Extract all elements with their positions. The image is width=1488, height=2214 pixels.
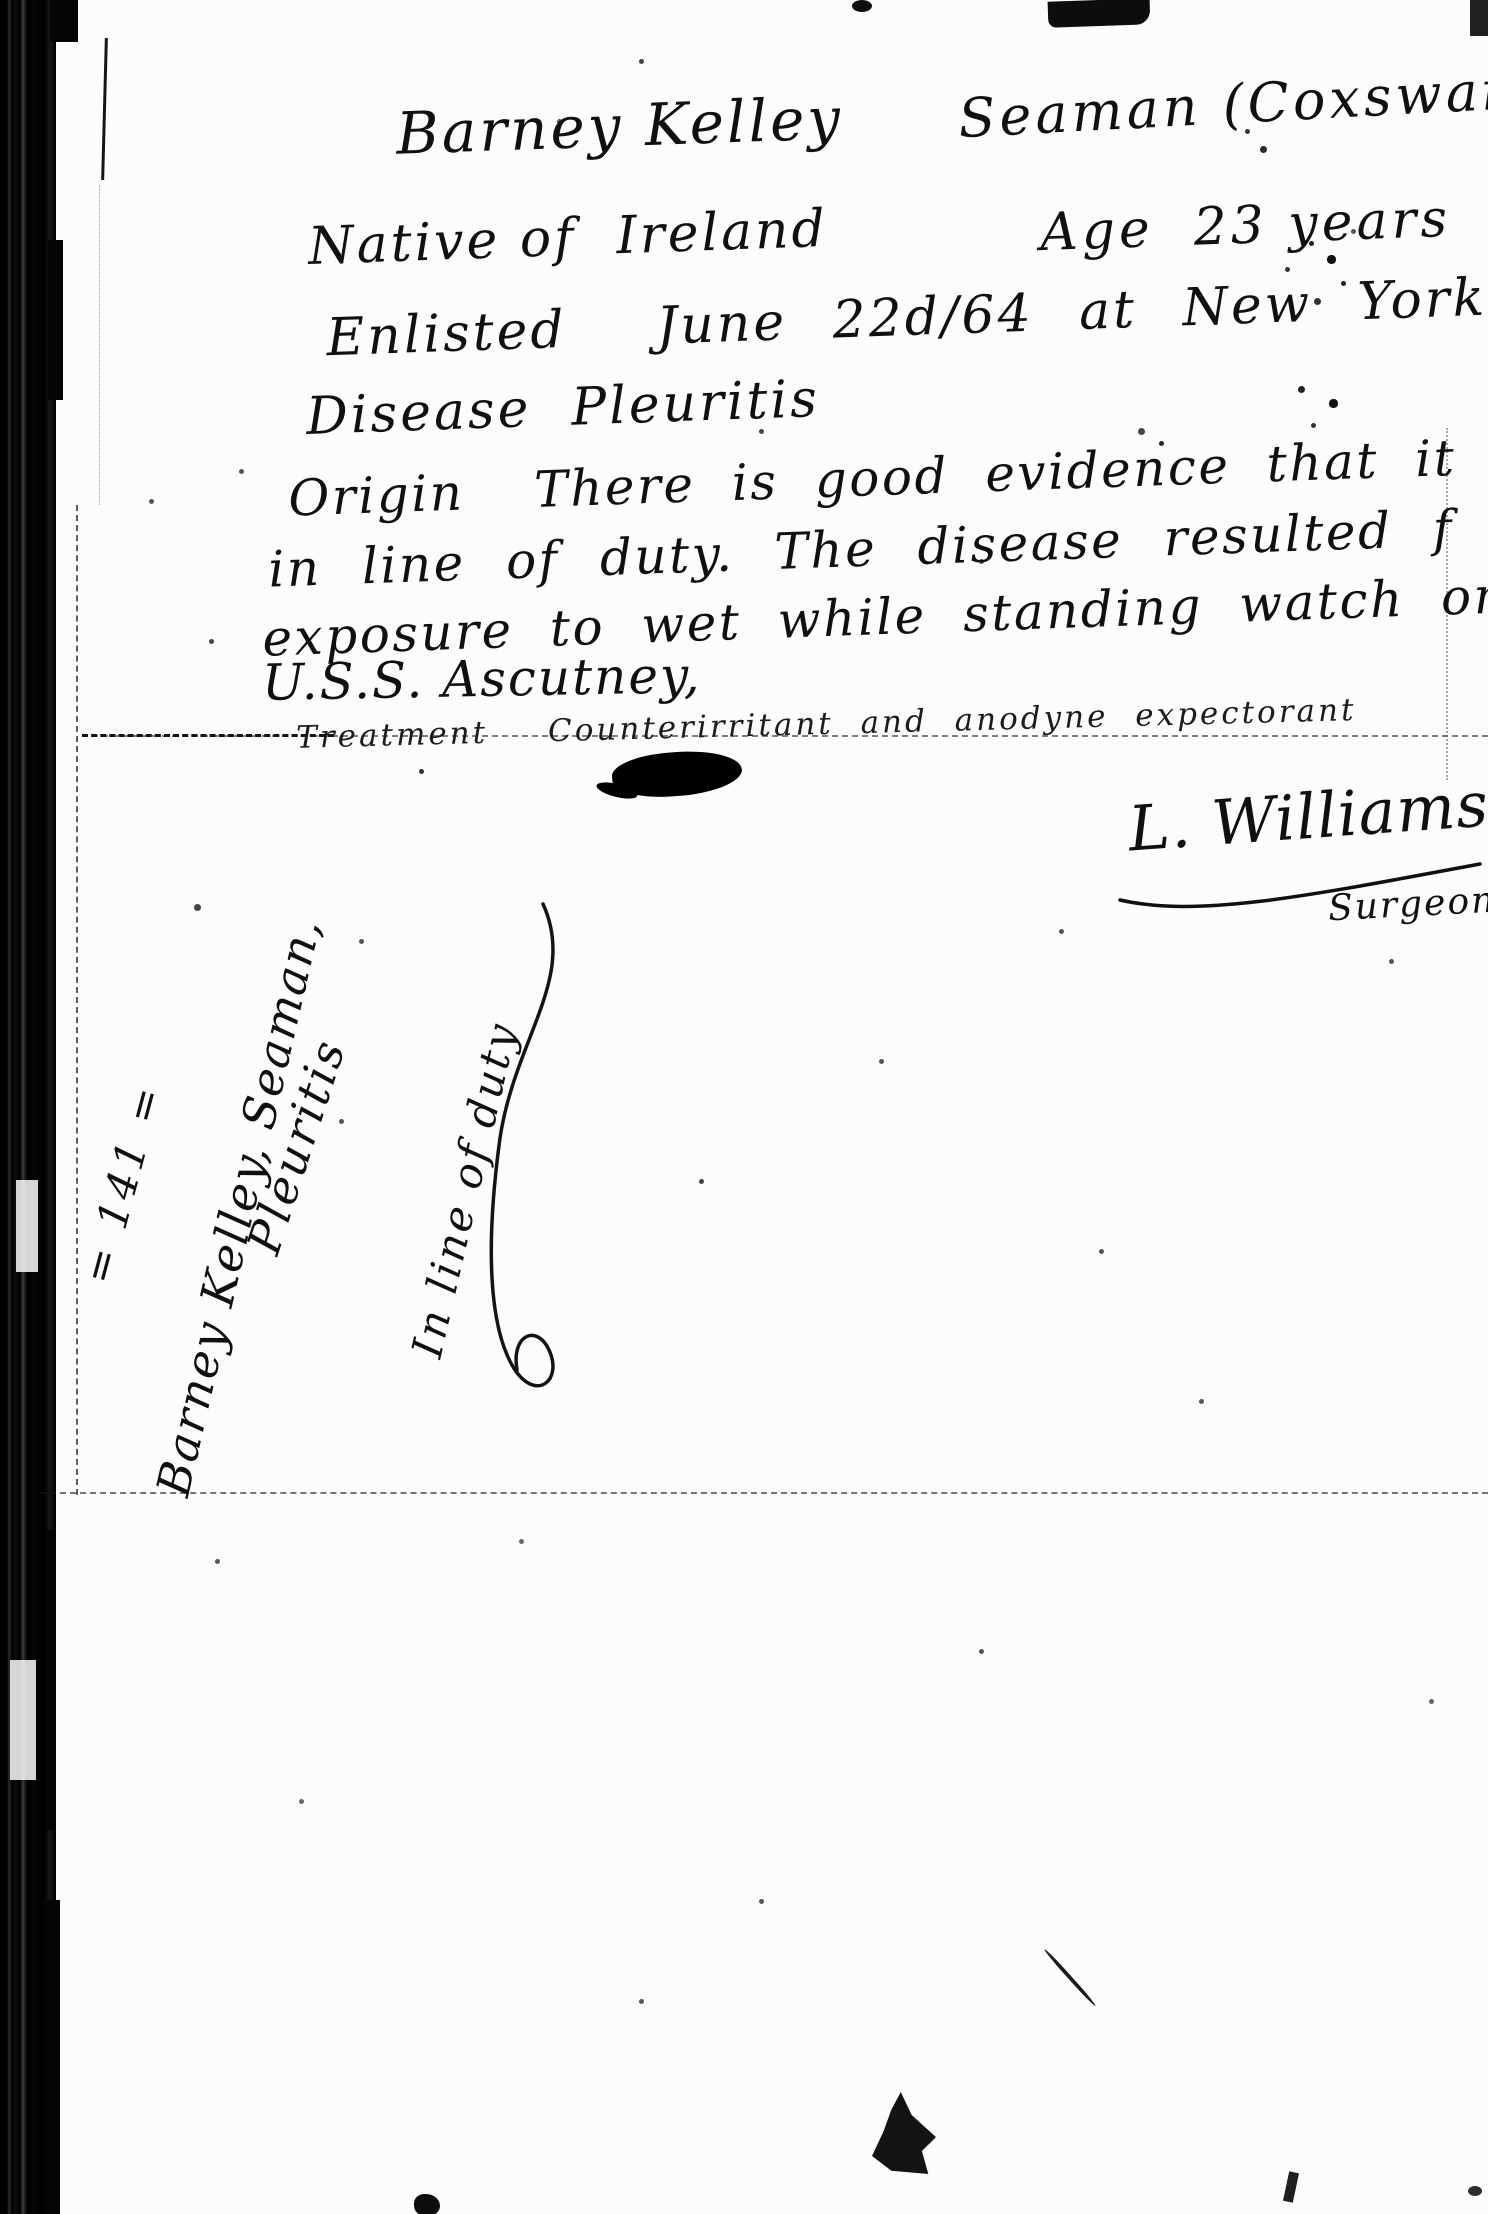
gap xyxy=(567,344,657,347)
binding-light-gap xyxy=(10,1660,36,1780)
binding-tear-mark xyxy=(50,0,78,42)
bottom-ink-smudge xyxy=(872,2092,936,2174)
age-value: 23 years xyxy=(1193,189,1452,258)
gap xyxy=(488,741,548,743)
bottom-edge-mark xyxy=(414,2194,440,2214)
binding-tear-mark xyxy=(46,1530,56,1830)
scanned-document-page: Barney Kelley Seaman (Coxswain Native of… xyxy=(0,0,1488,2214)
gap xyxy=(532,425,572,426)
horizontal-fold-line-lower xyxy=(40,1492,1488,1494)
patient-name: Barney Kelley xyxy=(395,84,844,168)
native-line: Native ofIreland xyxy=(307,199,829,277)
origin-label: Origin xyxy=(287,463,465,527)
native-label: Native of xyxy=(307,208,577,277)
binding-light-gap xyxy=(16,1180,38,1272)
binding-tear-mark xyxy=(44,1900,60,2214)
age-label: Age xyxy=(1039,199,1155,263)
origin-line-4-ship-name: U.S.S. Ascutney, xyxy=(262,646,702,712)
stray-pen-slash xyxy=(1043,1948,1097,2007)
surgeon-signature: L. Williams xyxy=(1126,767,1488,865)
binding-tear-mark xyxy=(48,240,63,400)
gap xyxy=(465,507,535,509)
gap xyxy=(577,253,617,254)
enlisted-value: June 22d/64 at New York xyxy=(655,268,1488,357)
enlisted-line: EnlistedJune 22d/64 at New York xyxy=(325,268,1488,368)
bottom-right-mark xyxy=(1468,2186,1482,2196)
surgeon-title: Surgeon xyxy=(1327,880,1488,930)
disease-line: DiseasePleuritis xyxy=(305,369,821,447)
ink-spatter-specks xyxy=(0,0,3,3)
disease-value: Pleuritis xyxy=(570,369,821,438)
gap xyxy=(1154,245,1194,246)
patient-rating: Seaman (Coxswain xyxy=(957,57,1488,150)
docket-case-number: = 141 = xyxy=(72,1078,172,1289)
treatment-label: Treatment xyxy=(296,715,489,756)
vertical-crease-top xyxy=(101,38,108,180)
disease-label: Disease xyxy=(305,379,532,447)
vertical-crease-faint xyxy=(99,185,100,505)
bottom-right-mark xyxy=(1283,2171,1299,2202)
native-value: Ireland xyxy=(615,199,829,266)
top-corner-mark xyxy=(1470,0,1488,36)
top-edge-ink-mark xyxy=(1048,0,1151,28)
vertical-crease-middle xyxy=(76,505,78,1495)
top-edge-ink-mark xyxy=(852,0,872,12)
enlisted-label: Enlisted xyxy=(325,300,567,368)
age-line: Age23 years xyxy=(1039,189,1452,263)
